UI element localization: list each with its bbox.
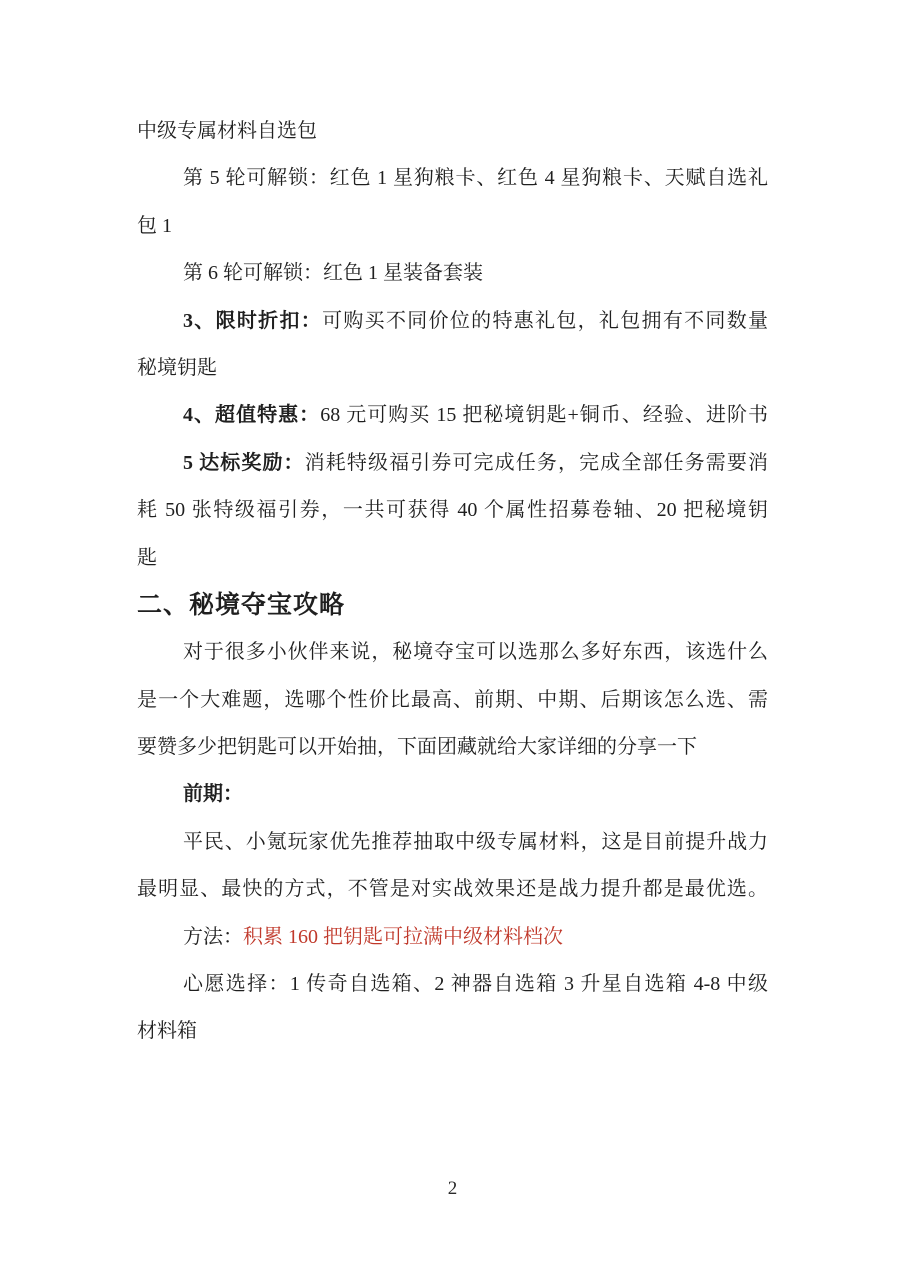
text-segment: 是一个大难题，选哪个性价比最高、前期、中期、后期该怎么选、需	[137, 689, 768, 711]
run-in-heading: 5 达标奖励：	[183, 452, 305, 474]
text-line: 匙	[137, 535, 768, 582]
run-in-heading: 4、超值特惠：	[183, 404, 320, 426]
text-segment: 秘境钥匙	[137, 357, 217, 379]
text-segment: 第 5 轮可解锁：红色 1 星狗粮卡、红色 4 星狗粮卡、天赋自选礼	[183, 167, 768, 189]
text-line: 5 达标奖励：消耗特级福引券可完成任务，完成全部任务需要消	[137, 440, 768, 487]
text-segment: 最明显、最快的方式，不管是对实战效果还是战力提升都是最优选。	[137, 878, 768, 900]
text-line: 材料箱	[137, 1008, 768, 1055]
document-page: 中级专属材料自选包 第 5 轮可解锁：红色 1 星狗粮卡、红色 4 星狗粮卡、天…	[0, 0, 905, 1280]
highlighted-text: 积累 160 把钥匙可拉满中级材料档次	[243, 926, 563, 948]
text-segment: 第 6 轮可解锁：红色 1 星装备套装	[183, 262, 483, 284]
text-line: 平民、小氪玩家优先推荐抽取中级专属材料，这是目前提升战力	[137, 819, 768, 866]
text-segment: 中级专属材料自选包	[137, 120, 317, 142]
text-segment: 要赞多少把钥匙可以开始抽，下面团藏就给大家详细的分享一下	[137, 736, 697, 758]
text-line: 耗 50 张特级福引券，一共可获得 40 个属性招募卷轴、20 把秘境钥	[137, 487, 768, 534]
text-line: 心愿选择：1 传奇自选箱、2 神器自选箱 3 升星自选箱 4-8 中级	[137, 961, 768, 1008]
text-line: 4、超值特惠：68 元可购买 15 把秘境钥匙+铜币、经验、进阶书	[137, 392, 768, 439]
text-line: 要赞多少把钥匙可以开始抽，下面团藏就给大家详细的分享一下	[137, 724, 768, 771]
text-segment: 可购买不同价位的特惠礼包，礼包拥有不同数量	[322, 310, 768, 332]
text-segment: 对于很多小伙伴来说，秘境夺宝可以选那么多好东西，该选什么	[183, 641, 768, 663]
page-content: 中级专属材料自选包 第 5 轮可解锁：红色 1 星狗粮卡、红色 4 星狗粮卡、天…	[137, 108, 768, 1056]
text-line: 方法：积累 160 把钥匙可拉满中级材料档次	[137, 914, 768, 961]
text-line: 是一个大难题，选哪个性价比最高、前期、中期、后期该怎么选、需	[137, 677, 768, 724]
text-line: 最明显、最快的方式，不管是对实战效果还是战力提升都是最优选。	[137, 866, 768, 913]
text-line: 秘境钥匙	[137, 345, 768, 392]
text-segment: 平民、小氪玩家优先推荐抽取中级专属材料，这是目前提升战力	[183, 831, 768, 853]
text-segment: 消耗特级福引券可完成任务，完成全部任务需要消	[305, 452, 768, 474]
text-segment: 68 元可购买 15 把秘境钥匙+铜币、经验、进阶书	[320, 404, 768, 426]
text-line: 第 5 轮可解锁：红色 1 星狗粮卡、红色 4 星狗粮卡、天赋自选礼	[137, 155, 768, 202]
text-segment: 包 1	[137, 215, 172, 237]
page-number: 2	[0, 1175, 905, 1203]
text-segment: 二、秘境夺宝攻略	[137, 592, 345, 619]
section-heading: 二、秘境夺宝攻略	[137, 582, 768, 629]
text-line: 3、限时折扣：可购买不同价位的特惠礼包，礼包拥有不同数量	[137, 298, 768, 345]
text-line: 第 6 轮可解锁：红色 1 星装备套装	[137, 250, 768, 297]
text-line: 对于很多小伙伴来说，秘境夺宝可以选那么多好东西，该选什么	[137, 629, 768, 676]
text-line: 中级专属材料自选包	[137, 108, 768, 155]
text-line: 包 1	[137, 203, 768, 250]
text-segment: 方法：	[183, 926, 243, 948]
text-segment: 匙	[137, 547, 157, 569]
run-in-heading: 前期：	[183, 783, 243, 805]
text-segment: 材料箱	[137, 1020, 197, 1042]
text-segment: 心愿选择：1 传奇自选箱、2 神器自选箱 3 升星自选箱 4-8 中级	[183, 973, 768, 995]
text-line: 前期：	[137, 771, 768, 818]
run-in-heading: 3、限时折扣：	[183, 310, 322, 332]
text-segment: 耗 50 张特级福引券，一共可获得 40 个属性招募卷轴、20 把秘境钥	[137, 499, 768, 521]
